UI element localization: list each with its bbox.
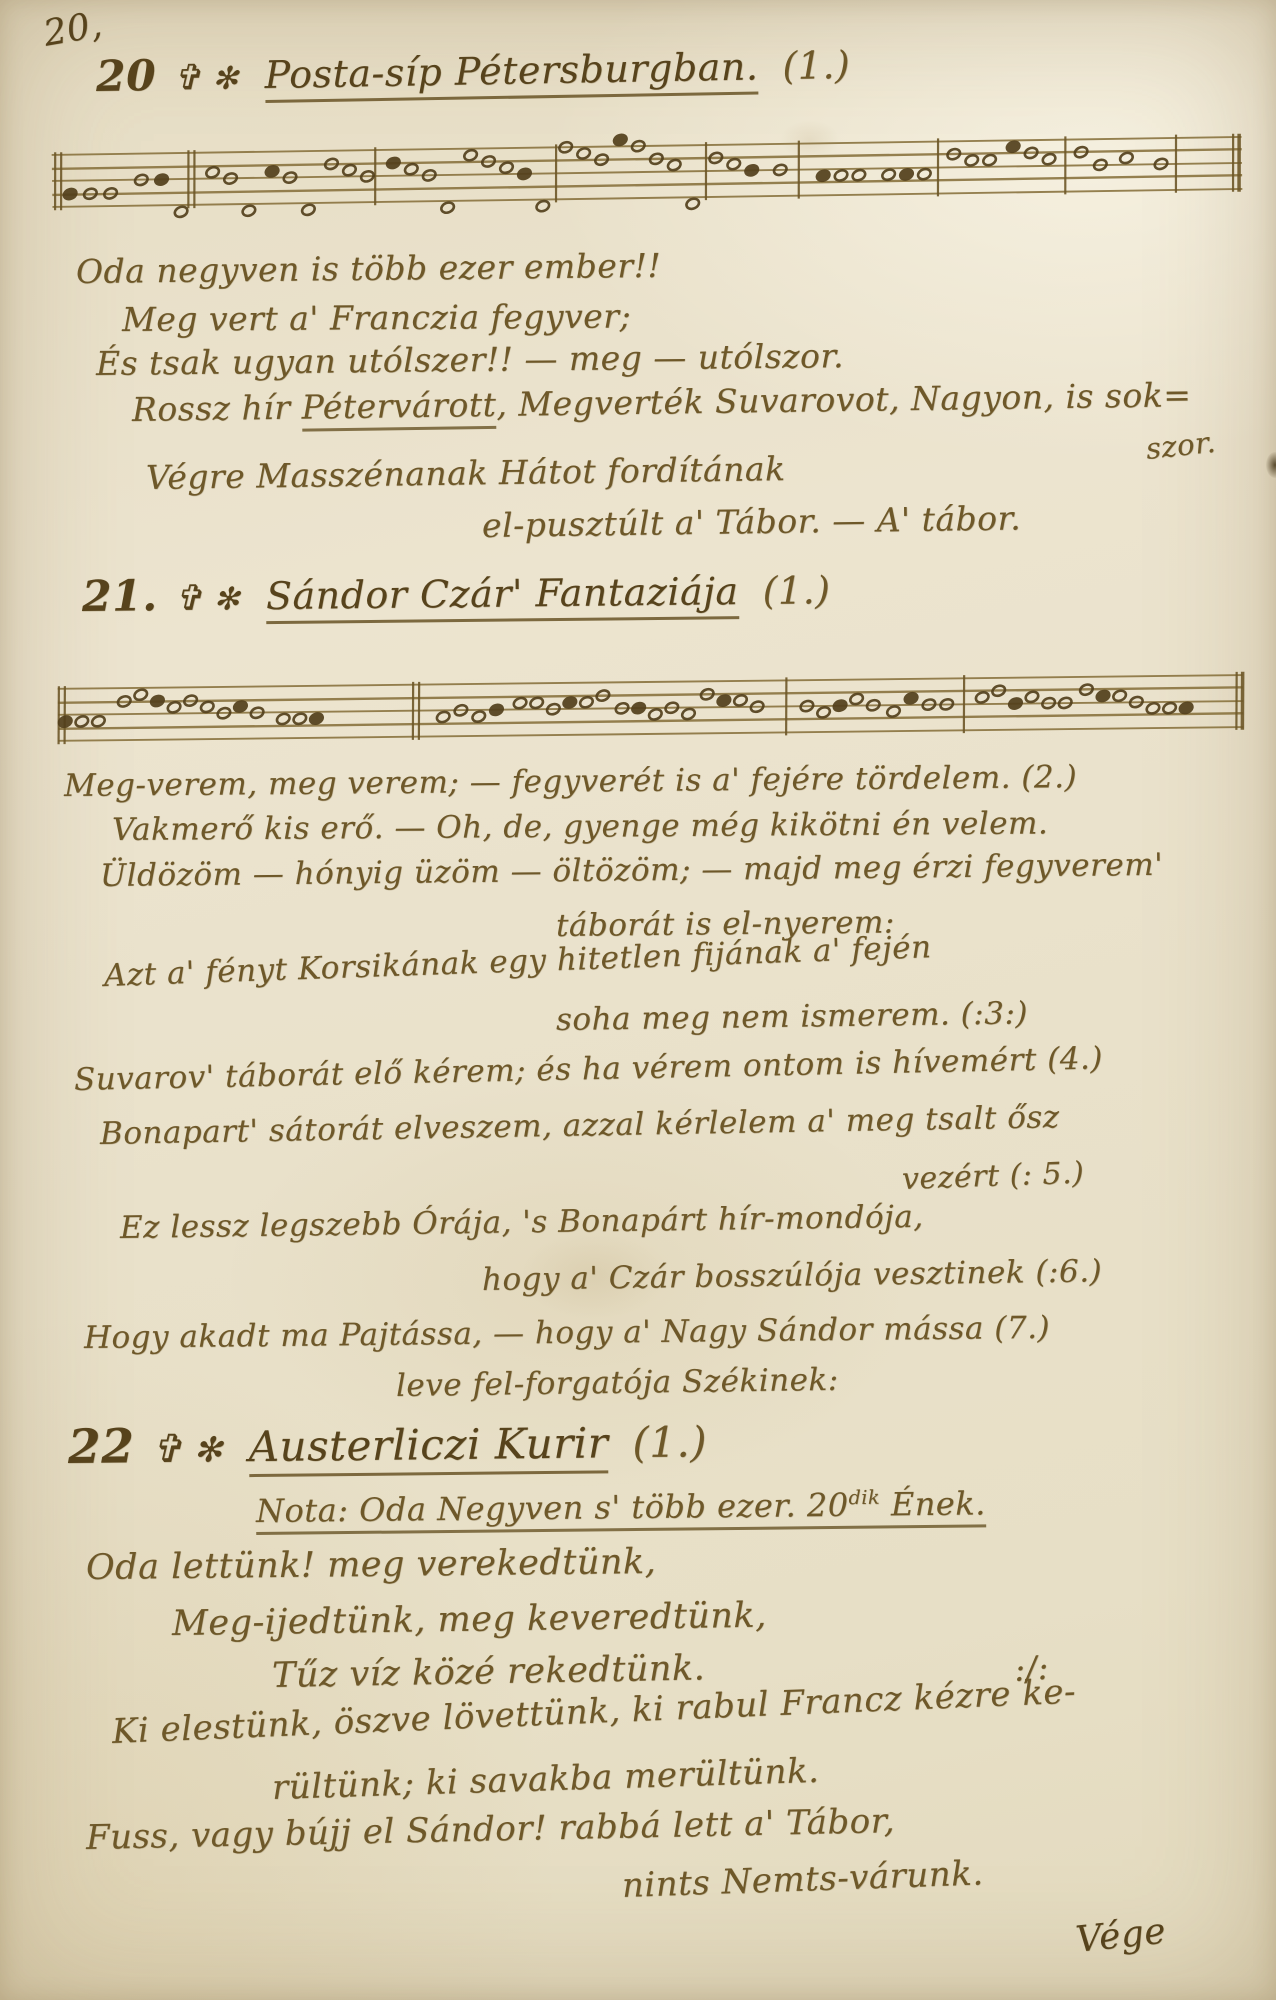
end-mark: Vége [1074,1911,1168,1961]
lyric-line: rültünk; ki savakba merültünk. [271,1751,820,1808]
nota-text: Nota: Oda Negyven s' több ezer. 20dik Én… [256,1484,986,1535]
lyric-line: Meg-verem, meg verem; — fegyverét is a' … [64,759,1077,804]
lyric-line: Vakmerő kis erő. — Oh, de, gyenge még ki… [112,805,1048,848]
lyric-hanging-word: vezért (: 5.) [901,1156,1084,1197]
music-staff-2 [58,661,1244,755]
lyric-line: Azt a' fényt Korsikának egy hitetlen fij… [103,929,932,994]
lyric-hanging-word: szor. [1144,425,1217,466]
folio-number: 20, [40,4,105,55]
asterisk-mark-icon: ✻ [212,61,239,97]
ink-blot [1266,452,1276,478]
cross-mark-icon: ✞ [150,1427,183,1472]
lyric-line: Fuss, vagy bújj el Sándor! rabbá lett a'… [86,1801,896,1858]
lyric-line: És tsak ugyan utólszer!! — meg — utólszo… [96,336,844,383]
nota-line: Nota: Oda Negyven s' több ezer. 20dik Én… [256,1484,986,1530]
ordinal-suffix: dik [848,1486,880,1509]
lyric-line: Hogy akadt ma Pajtássa, — hogy a' Nagy S… [84,1310,1050,1356]
lyric-line: Bonapart' sátorát elveszem, azzal kérlel… [100,1099,1060,1152]
song-title: Austerliczi Kurir [248,1418,608,1477]
lyric-line: Ez lessz legszebb Órája, 's Bonapárt hír… [120,1199,924,1246]
song-title: Sándor Czár' Fantaziája [266,569,739,624]
underlined-place-name: Pétervárott [301,385,496,432]
lyric-segment: , Megverték Suvarovot, Nagyon, is sok= [496,375,1192,424]
manuscript-page: 20, 20✞✻Posta-síp Pétersburgban.(1.) Oda… [0,0,1276,2000]
song-title: Posta-síp Pétersburgban. [264,44,759,103]
song-ref: (1.) [782,43,851,88]
lyric-line: soha meg nem ismerem. (:3:) [556,995,1028,1038]
song-heading-22: 22✞✻Austerliczi Kurir(1.) [68,1413,708,1475]
lyric-line: Oda negyven is több ezer ember!! [76,246,662,291]
lyric-segment: Rossz hír [132,388,302,429]
song-number: 20 [96,51,157,102]
lyric-line: Suvarov' táborát elő kérem; és ha vérem … [74,1040,1104,1098]
lyric-line: el-pusztúlt a' Tábor. — A' tábor. [482,498,1022,545]
asterisk-mark-icon: ✻ [213,581,240,617]
lyric-line: Rossz hír Pétervárott, Megverték Suvarov… [132,375,1192,429]
lyric-line: Oda lettünk! meg verekedtünk, [86,1542,657,1588]
song-ref: (1.) [762,568,830,613]
cross-mark-icon: ✞ [173,579,203,619]
song-heading-20: 20✞✻Posta-síp Pétersburgban.(1.) [96,39,851,102]
music-staff-1 [51,123,1242,222]
asterisk-mark-icon: ✻ [193,1430,223,1470]
lyric-line: hogy a' Czár bosszúlója vesztinek (:6.) [482,1253,1103,1298]
lyric-line: Végre Masszénanak Hátot fordítának [146,449,786,497]
lyric-line: Üldözöm — hónyig üzöm — öltözöm; — majd … [100,847,1164,894]
lyric-line: nints Nemts-várunk. [621,1853,984,1906]
lyric-line: leve fel-forgatója Székinek: [396,1362,839,1404]
lyric-line: Meg-ijedtünk, meg keveredtünk, [172,1596,767,1644]
cross-mark-icon: ✞ [172,58,202,99]
song-number: 22 [68,1419,135,1475]
song-number: 21. [82,571,158,622]
song-heading-21: 21.✞✻Sándor Czár' Fantaziája(1.) [82,564,831,622]
lyric-line: Meg vert a' Franczia fegyver; [122,296,631,339]
song-ref: (1.) [632,1417,707,1467]
